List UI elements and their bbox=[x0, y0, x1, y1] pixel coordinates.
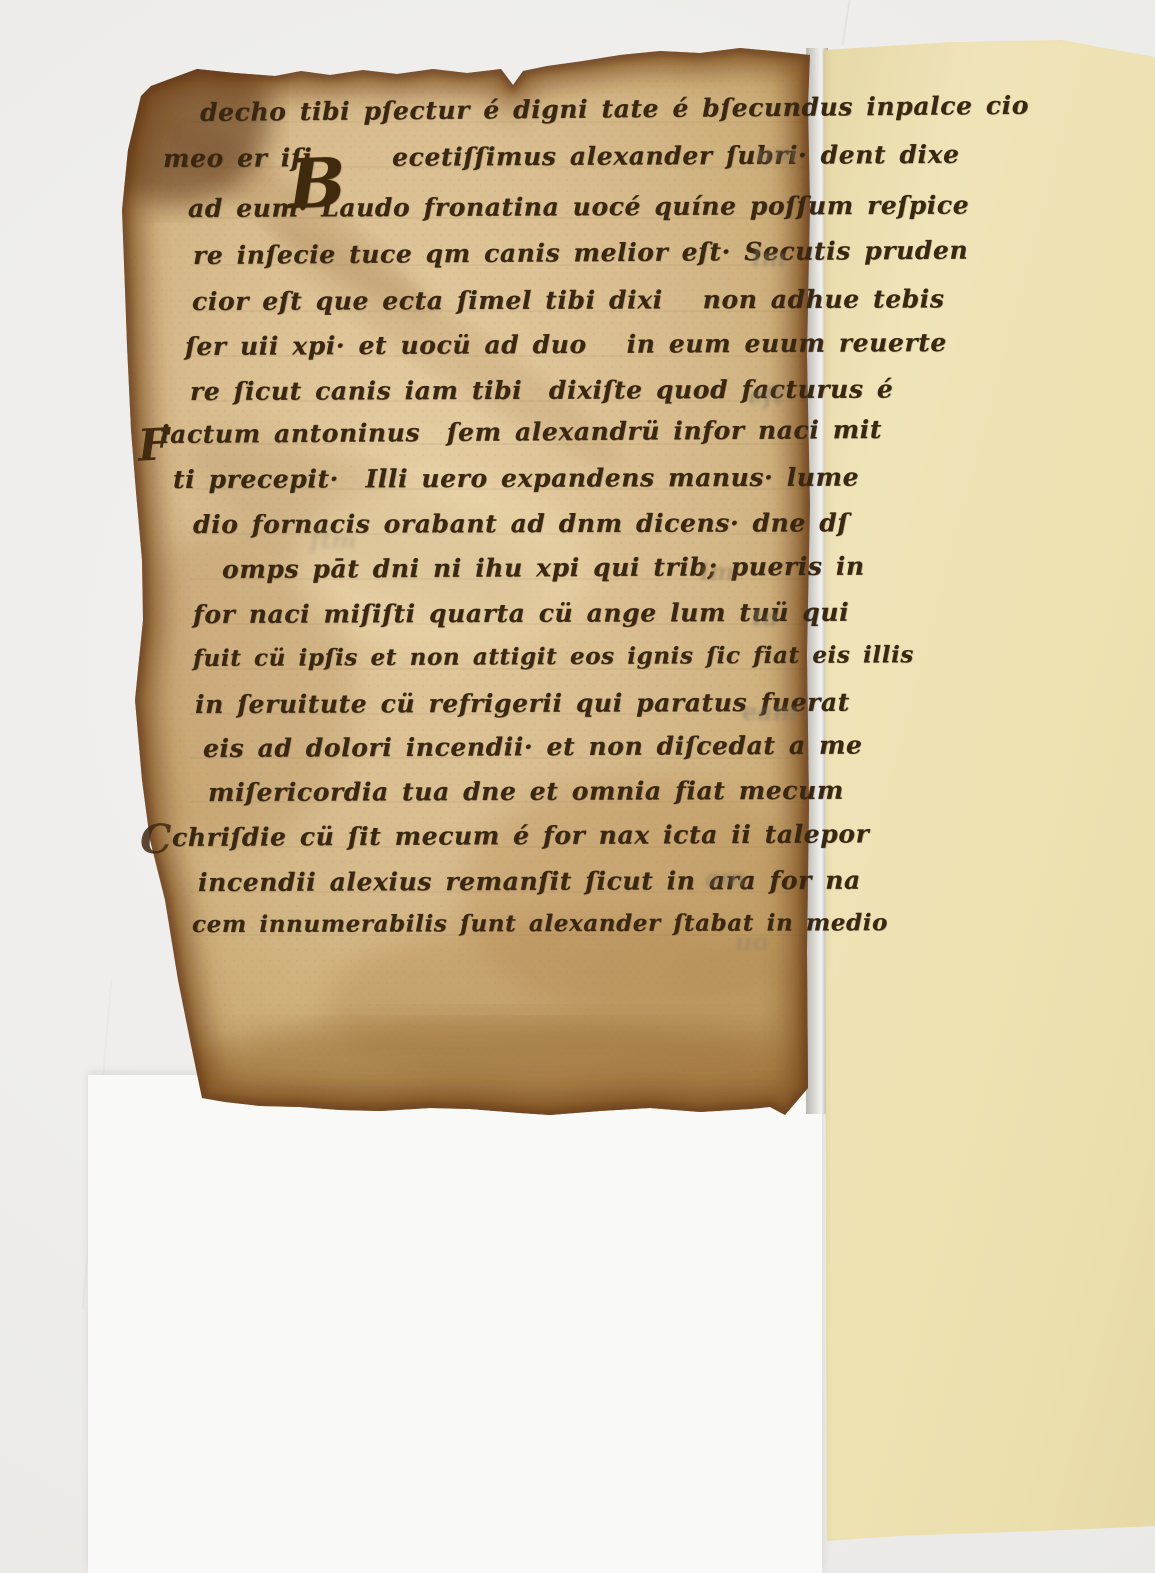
decorated-initial: B bbox=[287, 149, 347, 219]
manuscript-text-line: eis ad dolori incendii· et non diſcedat … bbox=[203, 733, 863, 761]
verso-show-through: ta bbox=[752, 606, 779, 630]
verso-show-through: am bbox=[705, 866, 746, 890]
manuscript-text-line: fuit cü ipſis et non attigit eos ignis ſ… bbox=[193, 643, 914, 670]
manuscript-text-line: dio fornacis orabant ad dnm dicens· dne … bbox=[193, 510, 849, 537]
manuscript-text-line: ti precepit· Illi uero expandens manus· … bbox=[173, 465, 859, 492]
manuscript-text-line: meo er iſi ecetiſſimus alexander ſubri· … bbox=[163, 142, 960, 171]
verso-show-through: um bbox=[755, 142, 798, 166]
manuscript-text-line: miſericordia tua dne et omnia fiat mecum bbox=[208, 778, 844, 805]
manuscript-text-line: incendii alexius remanſit ſicut in ara f… bbox=[198, 868, 861, 895]
verso-show-through: eam bbox=[742, 700, 798, 724]
manuscript-text-line: decho tibi pſectur é digni tate é bſecun… bbox=[200, 93, 1029, 125]
background-crease bbox=[841, 0, 850, 46]
manuscript-text-line: for naci miſiſti quarta cü ange lum tuü … bbox=[193, 600, 849, 627]
manuscript-text-line: cem innumerabilis ſunt alexander ſtabat … bbox=[192, 911, 888, 936]
verso-show-through: im bbox=[700, 560, 735, 584]
manuscript-text-line: cior eſt que ecta ſimel tibi dixi non ad… bbox=[192, 286, 945, 314]
verso-show-through: ſtm bbox=[310, 528, 357, 552]
manuscript-text-line: re inſecie tuce qm canis melior eſt· Sec… bbox=[193, 238, 968, 268]
manuscript-text-line: re ſicut canis iam tibi dixiſte quod fac… bbox=[190, 377, 893, 404]
manuscript-text-line: ſer uii xpi· et uocü ad duo in eum euum … bbox=[185, 330, 947, 359]
verso-show-through: lm bbox=[752, 246, 787, 270]
verso-show-through: uo bbox=[735, 930, 768, 954]
manuscript-text-line: iactum antoninus ſem alexandrü infor nac… bbox=[160, 417, 882, 447]
margin-letter: F bbox=[137, 423, 171, 469]
manuscript-text-line: omps pāt dni ni ihu xpi qui trib; pueris… bbox=[222, 554, 865, 582]
margin-letter: C bbox=[139, 819, 172, 860]
white-backing-sheet bbox=[88, 1075, 823, 1573]
verso-show-through: eſt bbox=[748, 384, 785, 408]
manuscript-text-line: chriſdie cü ſit mecum é for nax icta ii … bbox=[172, 821, 869, 850]
manuscript-photo: decho tibi pſectur é digni tate é bſecun… bbox=[0, 0, 1155, 1573]
